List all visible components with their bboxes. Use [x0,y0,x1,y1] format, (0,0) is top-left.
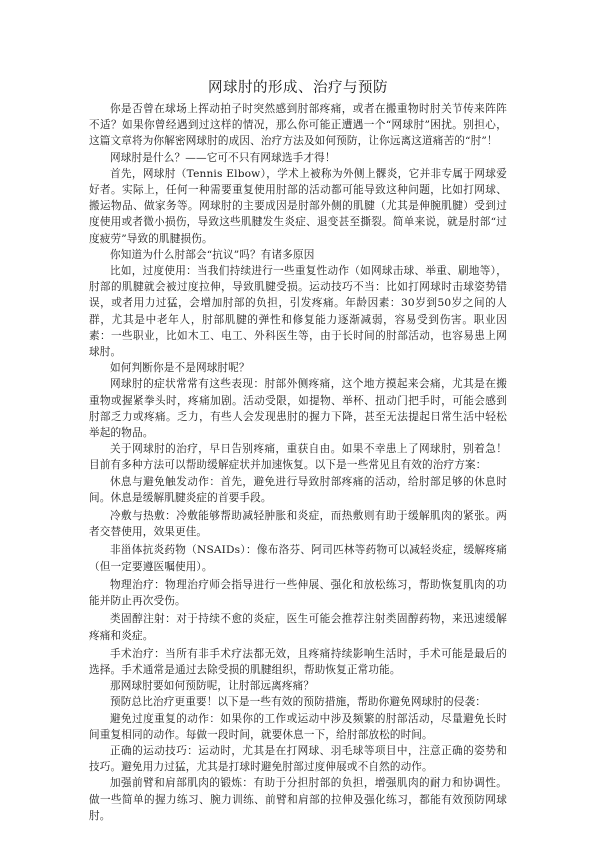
heading-diagnosis: 如何判断你是不是网球肘呢？ [89,360,507,376]
heading-prevention: 那网球肘要如何预防呢，让肘部远离疼痛？ [89,678,507,694]
paragraph-treatment-intro: 关于网球肘的治疗，早日告别疼痛，重获自由。如果不幸患上了网球肘，别着急！目前有多… [89,441,507,473]
paragraph-symptoms: 网球肘的症状常常有这些表现：肘部外侧疼痛，这个地方摸起来会痛，尤其是在搬重物或握… [89,376,507,441]
paragraph-definition: 首先，网球肘（Tennis Elbow），学术上被称为外侧上髁炎，它并非专属于网… [89,166,507,247]
treatment-physical-therapy: 物理治疗：物理治疗师会指导进行一些伸展、强化和放松练习，帮助恢复肌肉的功能并防止… [89,577,507,609]
heading-causes: 你知道为什么肘部会“抗议”吗？有诸多原因 [89,247,507,263]
treatment-rest: 休息与避免触发动作：首先，避免进行导致肘部疼痛的活动，给肘部足够的休息时间。休息… [89,474,507,506]
treatment-nsaids: 非甾体抗炎药物（NSAIDs）：像布洛芬、阿司匹林等药物可以减轻炎症，缓解疼痛（… [89,542,507,574]
prevention-avoid-repetition: 避免过度重复的动作：如果你的工作或运动中涉及频繁的肘部活动，尽量避免长时间重复相… [89,711,507,743]
prevention-technique: 正确的运动技巧：运动时，尤其是在打网球、羽毛球等项目中，注意正确的姿势和技巧。避… [89,743,507,775]
document-page: 网球肘的形成、治疗与预防 你是否曾在球场上挥动拍子时突然感到肘部疼痛，或者在搬重… [89,78,507,824]
paragraph-intro: 你是否曾在球场上挥动拍子时突然感到肘部疼痛，或者在搬重物时肘关节传来阵阵不适？如… [89,101,507,150]
treatment-surgery: 手术治疗：当所有非手术疗法都无效，且疼痛持续影响生活时，手术可能是最后的选择。手… [89,646,507,678]
paragraph-prevention-intro: 预防总比治疗更重要！以下是一些有效的预防措施，帮助你避免网球肘的侵袭： [89,694,507,710]
prevention-strengthening: 加强前臂和肩部肌肉的锻炼：有助于分担肘部的负担，增强肌肉的耐力和协调性。做一些简… [89,775,507,824]
paragraph-causes: 比如，过度使用：当我们持续进行一些重复性动作（如网球击球、举重、刷地等），肘部的… [89,263,507,360]
document-title: 网球肘的形成、治疗与预防 [89,78,507,98]
treatment-steroid-injection: 类固醇注射：对于持续不愈的炎症，医生可能会推荐注射类固醇药物，来迅速缓解疼痛和炎… [89,611,507,643]
heading-what-is: 网球肘是什么？——它可不只有网球选手才得！ [89,150,507,166]
treatment-cold-heat: 冷敷与热敷：冷敷能够帮助减轻肿胀和炎症，而热敷则有助于缓解肌肉的紧张。两者交替使… [89,508,507,540]
